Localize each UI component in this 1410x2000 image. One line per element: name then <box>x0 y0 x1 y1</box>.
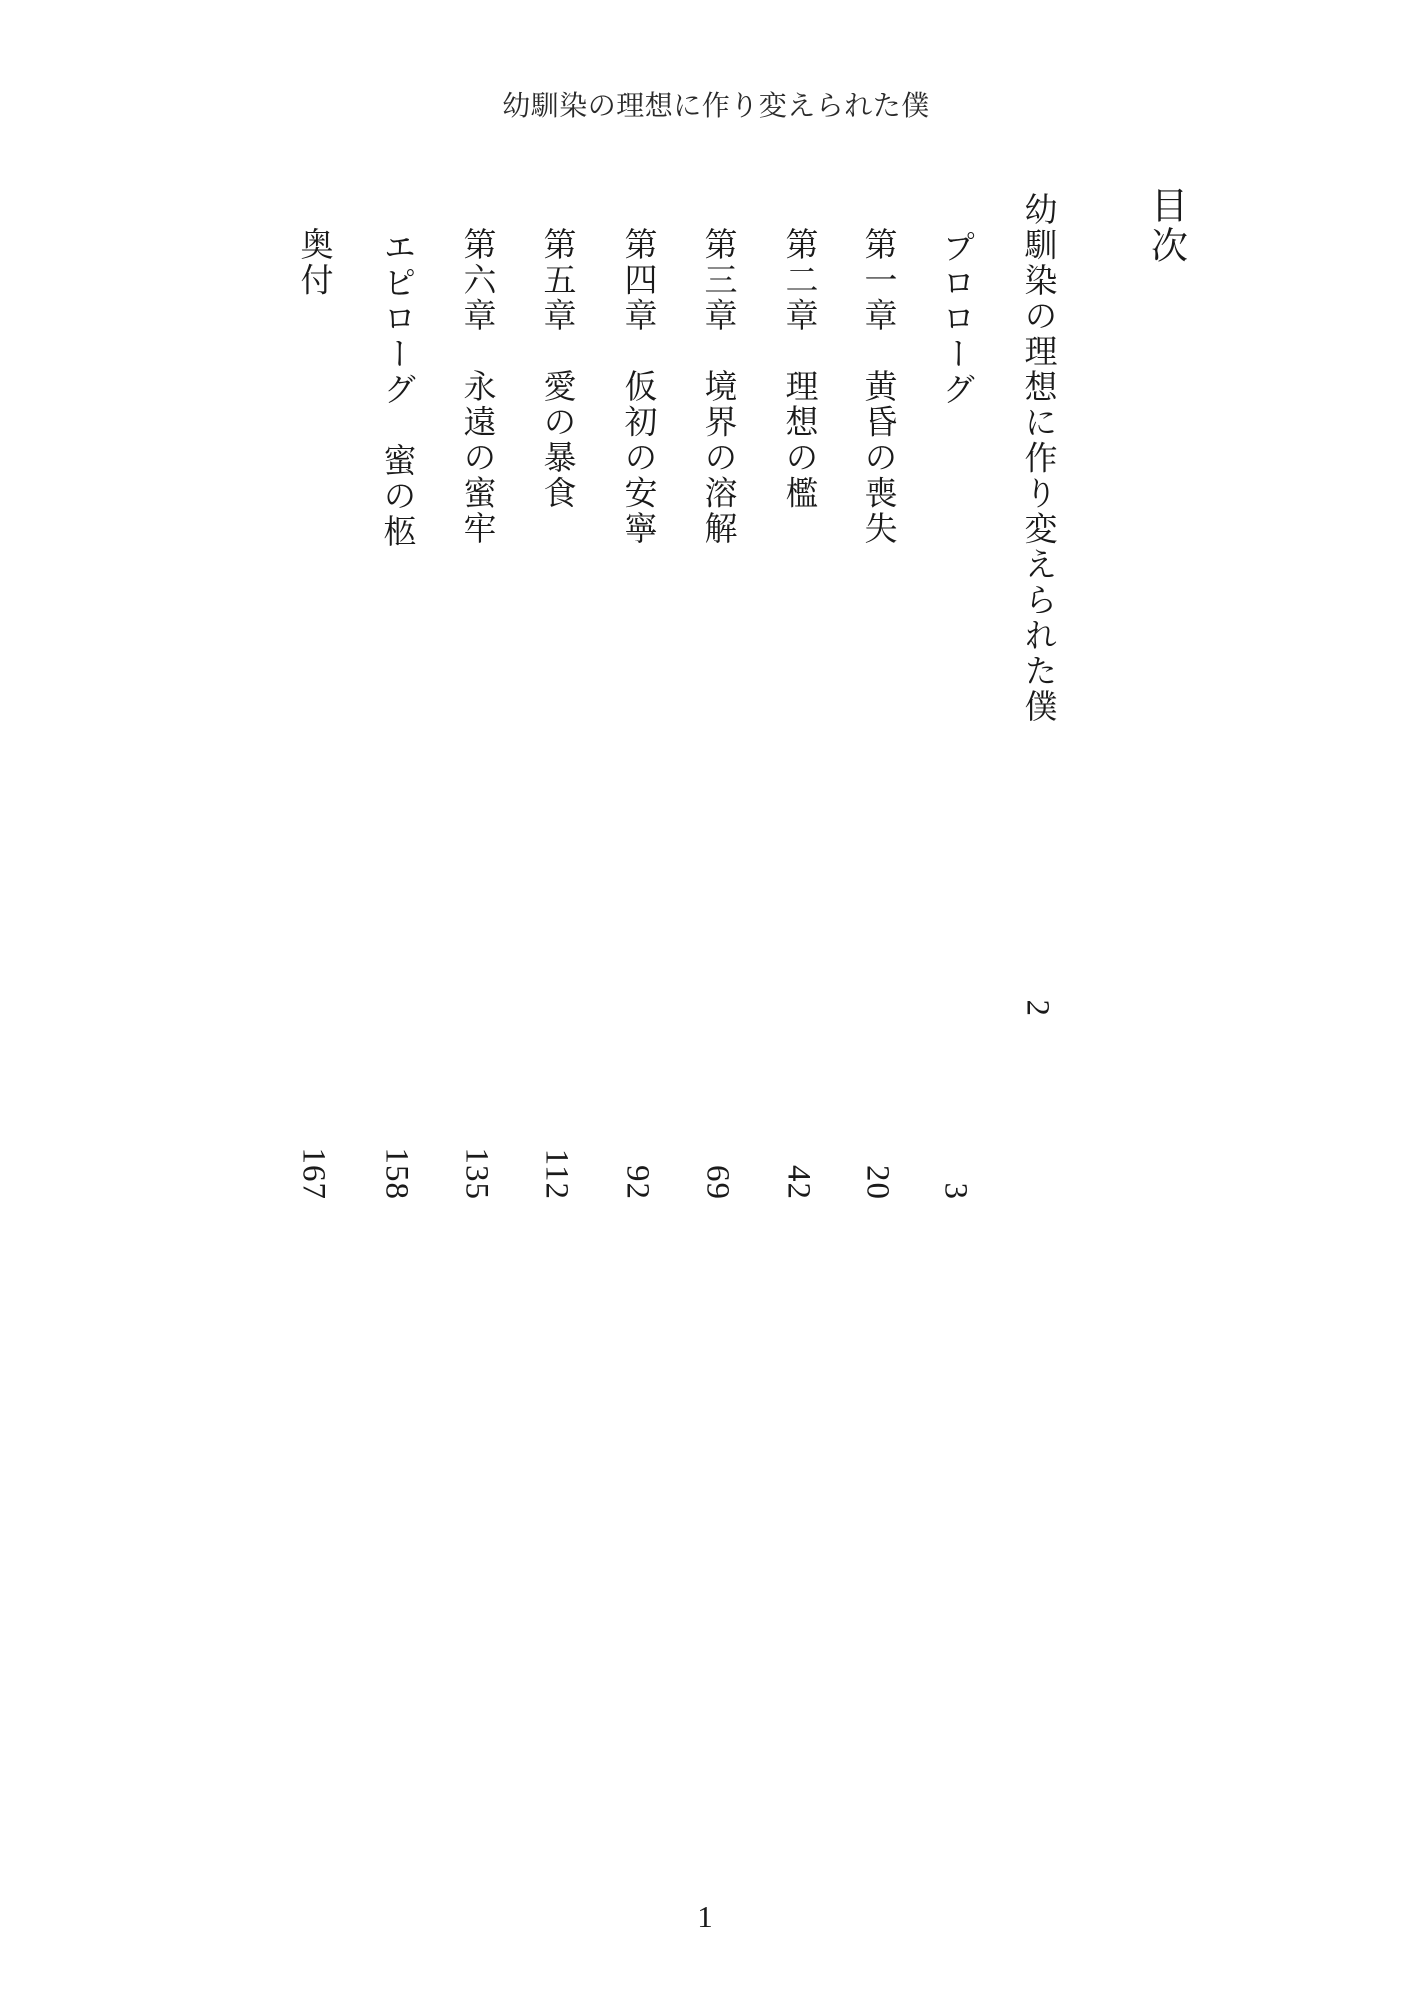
toc-entry-page-number: 112 <box>540 1149 573 1200</box>
toc-entry-title: エピローグ 蜜の柩 <box>380 230 413 550</box>
toc-entry-page-number: 20 <box>861 1165 894 1200</box>
toc-entry-page-number: 2 <box>1021 1000 1054 1018</box>
running-header-title: 幼馴染の理想に作り変えられた僕 <box>502 84 930 124</box>
toc-entry-page-number: 69 <box>701 1165 734 1200</box>
toc-heading: 目次 <box>1147 186 1184 266</box>
toc-entry-title: 第六章 永遠の蜜牢 <box>460 227 493 547</box>
toc-entry-page-number: 42 <box>782 1165 815 1200</box>
toc-entry-page-number: 92 <box>621 1165 654 1200</box>
toc-entry-title: 幼馴染の理想に作り変えられた僕 <box>1021 192 1054 725</box>
toc-entry-page-number: 3 <box>939 1183 972 1201</box>
toc-entry-title: 第五章 愛の暴食 <box>540 227 573 511</box>
toc-entry-page-number: 158 <box>380 1148 413 1201</box>
toc-entry-title: 奥付 <box>297 227 330 298</box>
toc-entry-page-number: 135 <box>460 1148 493 1201</box>
toc-entry-title: 第四章 仮初の安寧 <box>621 227 654 547</box>
toc-entry-title: プロローグ <box>939 230 972 408</box>
toc-entry-title: 第一章 黄昏の喪失 <box>861 227 894 547</box>
toc-entry-title: 第三章 境界の溶解 <box>701 227 734 547</box>
toc-entry-page-number: 167 <box>297 1148 330 1201</box>
toc-entry-title: 第二章 理想の檻 <box>782 227 815 511</box>
folio-page-number: 1 <box>697 1899 713 1935</box>
toc-page: 幼馴染の理想に作り変えられた僕 目次 幼馴染の理想に作り変えられた僕 2 プロロ… <box>0 0 1410 2000</box>
